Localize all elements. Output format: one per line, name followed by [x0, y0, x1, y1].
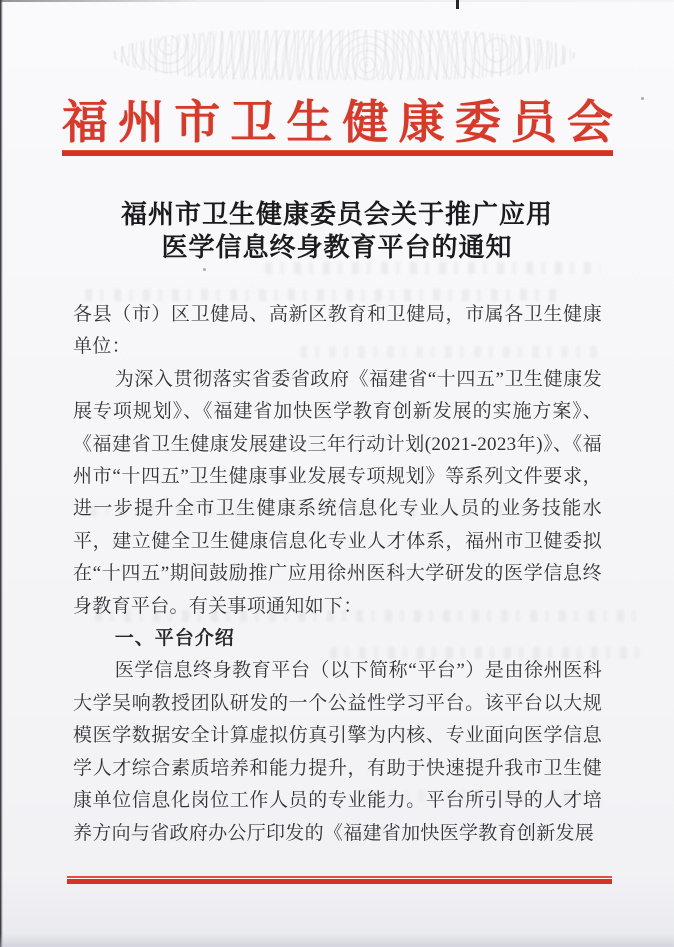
footer-rule [67, 876, 612, 884]
document-title-line2: 医学信息终身教育平台的通知 [0, 231, 674, 264]
dust-speck [203, 268, 206, 271]
salutation: 各县（市）区卫健局、高新区教育和卫健局，市属各卫生健康单位： [73, 299, 602, 364]
scan-smudge [113, 30, 575, 80]
document-body: 各县（市）区卫健局、高新区教育和卫健局，市属各卫生健康单位： 为深入贯彻落实省委… [73, 299, 602, 850]
scan-edge-left [0, 0, 3, 947]
paragraph-intro: 为深入贯彻落实省委省政府《福建省“十四五”卫生健康发展专项规划》、《福建省加快医… [73, 364, 602, 623]
scan-mark [456, 0, 459, 9]
section-heading-platform-intro: 一、平台介绍 [73, 623, 602, 655]
document-title: 福州市卫生健康委员会关于推广应用 医学信息终身教育平台的通知 [0, 198, 674, 264]
scan-edge-top [0, 0, 674, 2]
letterhead-agency-name: 福州市卫生健康委员会 [62, 98, 613, 148]
scan-edge-bottom [0, 934, 674, 947]
paragraph-platform-description: 医学信息终身教育平台（以下简称“平台”）是由徐州医科大学吴响教授团队研发的一个公… [73, 655, 602, 849]
scanned-document-page: 福州市卫生健康委员会 福州市卫生健康委员会关于推广应用 医学信息终身教育平台的通… [0, 0, 674, 947]
document-title-line1: 福州市卫生健康委员会关于推广应用 [0, 198, 674, 231]
dust-speck [641, 97, 644, 100]
letterhead-rule [62, 150, 613, 156]
